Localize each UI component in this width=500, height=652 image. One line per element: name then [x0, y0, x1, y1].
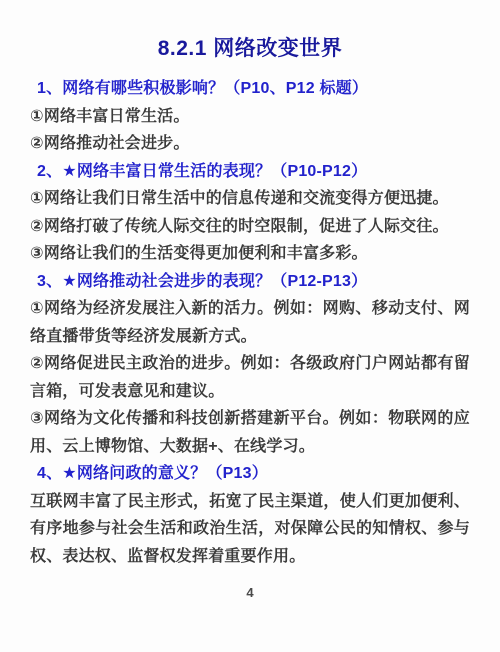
section-3: 3、★网络推动社会进步的表现？（P12-P13） ①网络为经济发展注入新的活力。… — [30, 268, 470, 461]
section-3-heading: 3、★网络推动社会进步的表现？（P12-P13） — [30, 268, 470, 296]
section-2-heading: 2、★网络丰富日常生活的表现？（P10-P12） — [30, 158, 470, 186]
section-1-paragraph: ①网络丰富日常生活。 — [30, 103, 470, 131]
section-2: 2、★网络丰富日常生活的表现？（P10-P12） ①网络让我们日常生活中的信息传… — [30, 158, 470, 268]
section-4-paragraph: 互联网丰富了民主形式，拓宽了民主渠道，使人们更加便利、有序地参与社会生活和政治生… — [30, 488, 470, 571]
section-4-heading: 4、★网络问政的意义？（P13） — [30, 460, 470, 488]
document-content: 1、网络有哪些积极影响？（P10、P12 标题） ①网络丰富日常生活。 ②网络推… — [30, 75, 470, 570]
section-3-paragraph: ②网络促进民主政治的进步。例如：各级政府门户网站都有留言箱，可发表意见和建议。 — [30, 350, 470, 405]
section-3-paragraph: ①网络为经济发展注入新的活力。例如：网购、移动支付、网络直播带货等经济发展新方式… — [30, 295, 470, 350]
section-1-heading: 1、网络有哪些积极影响？（P10、P12 标题） — [30, 75, 470, 103]
section-1: 1、网络有哪些积极影响？（P10、P12 标题） ①网络丰富日常生活。 ②网络推… — [30, 75, 470, 158]
section-4: 4、★网络问政的意义？（P13） 互联网丰富了民主形式，拓宽了民主渠道，使人们更… — [30, 460, 470, 570]
section-3-paragraph: ③网络为文化传播和科技创新搭建新平台。例如：物联网的应用、云上博物馆、大数据+、… — [30, 405, 470, 460]
section-1-paragraph: ②网络推动社会进步。 — [30, 130, 470, 158]
section-2-paragraph: ②网络打破了传统人际交往的时空限制，促进了人际交往。 — [30, 213, 470, 241]
document-page: 8.2.1 网络改变世界 1、网络有哪些积极影响？（P10、P12 标题） ①网… — [0, 0, 500, 652]
page-number: 4 — [0, 585, 500, 600]
section-2-paragraph: ③网络让我们的生活变得更加便利和丰富多彩。 — [30, 240, 470, 268]
page-title: 8.2.1 网络改变世界 — [30, 0, 470, 62]
section-2-paragraph: ①网络让我们日常生活中的信息传递和交流变得方便迅捷。 — [30, 185, 470, 213]
